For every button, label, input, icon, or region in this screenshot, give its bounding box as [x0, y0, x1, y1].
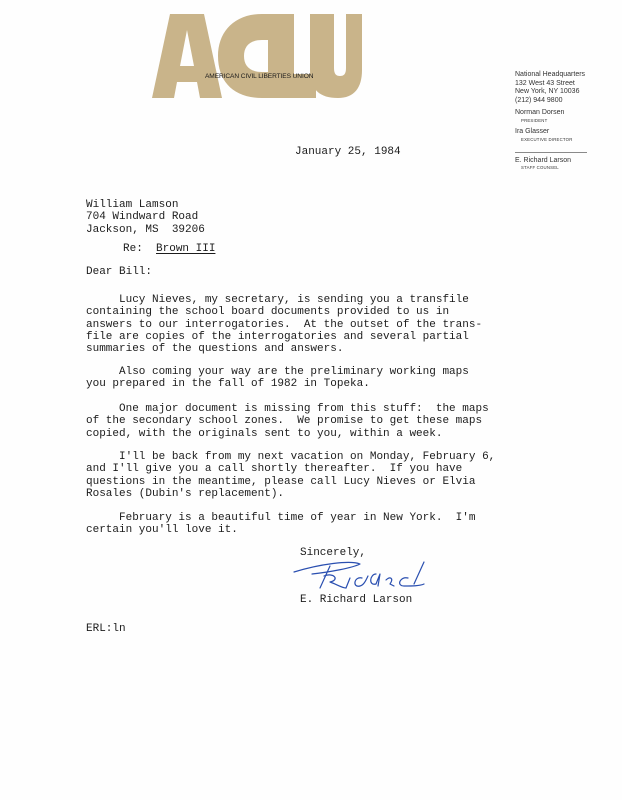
office-city: New York, NY 10036 [515, 88, 615, 97]
reference-initials: ERL:ln [86, 623, 126, 635]
paragraph: February is a beautiful time of year in … [86, 512, 475, 537]
paragraph: Lucy Nieves, my secretary, is sending yo… [86, 294, 482, 355]
paragraph: I'll be back from my next vacation on Mo… [86, 451, 495, 500]
recipient-address: William Lamson 704 Windward Road Jackson… [86, 199, 205, 236]
subject-line: Re: Brown III [123, 243, 215, 255]
re-subject: Brown III [156, 243, 215, 255]
staff-title: STAFF COUNSEL [521, 165, 615, 171]
paragraph: One major document is missing from this … [86, 403, 489, 440]
officer-name: Ira Glasser [515, 128, 615, 137]
aclu-logo [150, 12, 362, 100]
office-phone: (212) 944 9800 [515, 97, 615, 106]
handwritten-signature [290, 558, 440, 592]
recipient-name: William Lamson [86, 199, 178, 211]
office-name: National Headquarters [515, 71, 615, 80]
re-label: Re: [123, 243, 143, 255]
recipient-street: 704 Windward Road [86, 211, 198, 223]
office-street: 132 West 43 Street [515, 80, 615, 89]
salutation: Dear Bill: [86, 266, 152, 278]
staff-name: E. Richard Larson [515, 157, 615, 166]
letterhead-sidebar: National Headquarters 132 West 43 Street… [515, 71, 615, 171]
officer-title: EXECUTIVE DIRECTOR [521, 137, 615, 143]
aclu-logo-mark [150, 12, 362, 100]
officer-name: Norman Dorsen [515, 109, 615, 118]
sidebar-divider [515, 152, 587, 153]
recipient-city: Jackson, MS 39206 [86, 224, 205, 236]
signer-name: E. Richard Larson [300, 594, 412, 606]
paragraph: Also coming your way are the preliminary… [86, 366, 469, 391]
organization-name: AMERICAN CIVIL LIBERTIES UNION [205, 73, 313, 80]
letter-page: AMERICAN CIVIL LIBERTIES UNION National … [0, 0, 622, 800]
letter-date: January 25, 1984 [295, 146, 401, 158]
